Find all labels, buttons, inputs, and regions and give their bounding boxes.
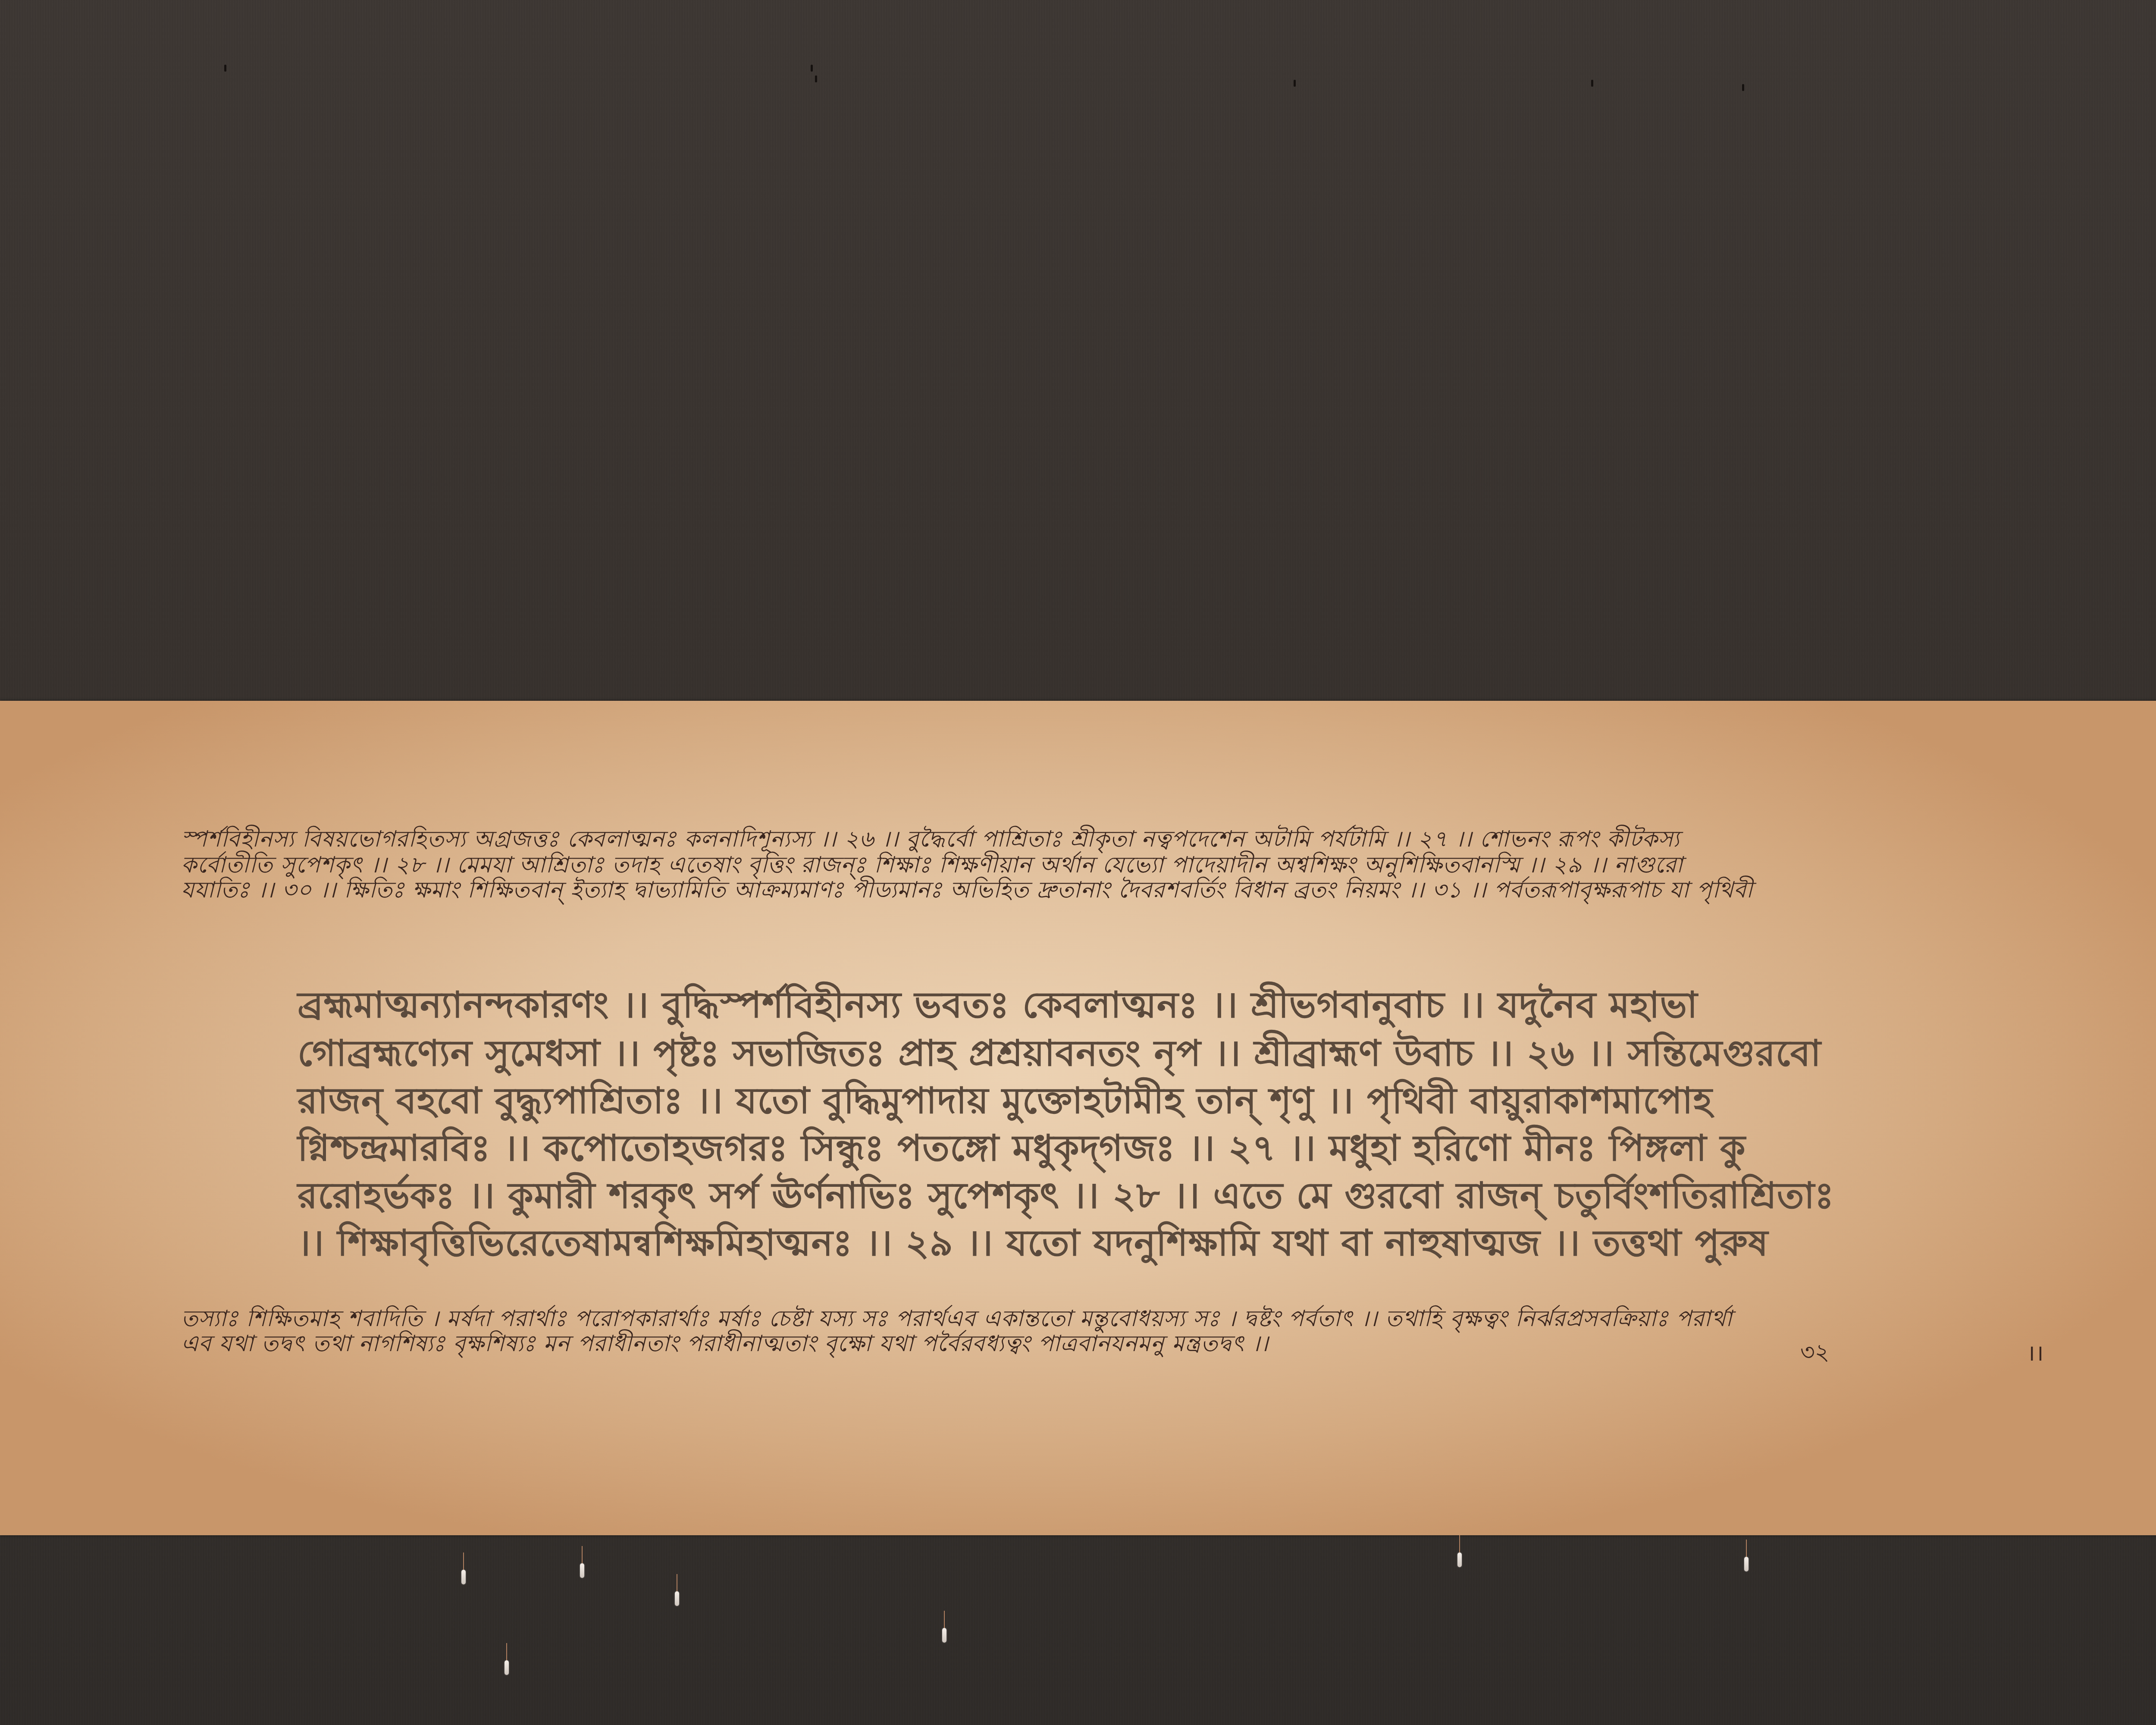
pin xyxy=(580,1563,584,1578)
pin xyxy=(675,1591,679,1606)
photo-scene: স্পর্শবিহীনস্য বিষয়ভোগরহিতস্য অগ্রজত্তঃ… xyxy=(0,0,2156,1725)
top-commentary-line-3: যযাতিঃ ।। ৩০ ।। ক্ষিতিঃ ক্ষমাং শিক্ষিতবা… xyxy=(181,872,1753,910)
pin xyxy=(505,1660,509,1675)
bottom-commentary-line-2: এব যথা তদ্বৎ তথা নাগশিষ্যঃ বৃক্ষশিষ্যঃ ম… xyxy=(181,1326,1269,1364)
board-speck xyxy=(811,65,813,72)
pin xyxy=(1744,1557,1749,1571)
board-speck xyxy=(1294,80,1296,87)
pin xyxy=(461,1570,466,1584)
folio-number: ৩২ xyxy=(1800,1335,1830,1372)
board-speck xyxy=(224,65,226,72)
pin xyxy=(942,1628,946,1643)
end-mark: ।। xyxy=(2027,1337,2043,1367)
pin xyxy=(1457,1552,1462,1567)
board-speck xyxy=(815,75,817,82)
board-speck xyxy=(1591,80,1593,87)
main-text-line-6: ।। শিক্ষাবৃত্তিভিরেতেষামন্বশিক্ষমিহাত্মন… xyxy=(298,1215,1768,1276)
board-speck xyxy=(1742,84,1744,91)
manuscript-folio: স্পর্শবিহীনস্য বিষয়ভোগরহিতস্য অগ্রজত্তঃ… xyxy=(0,701,2156,1535)
